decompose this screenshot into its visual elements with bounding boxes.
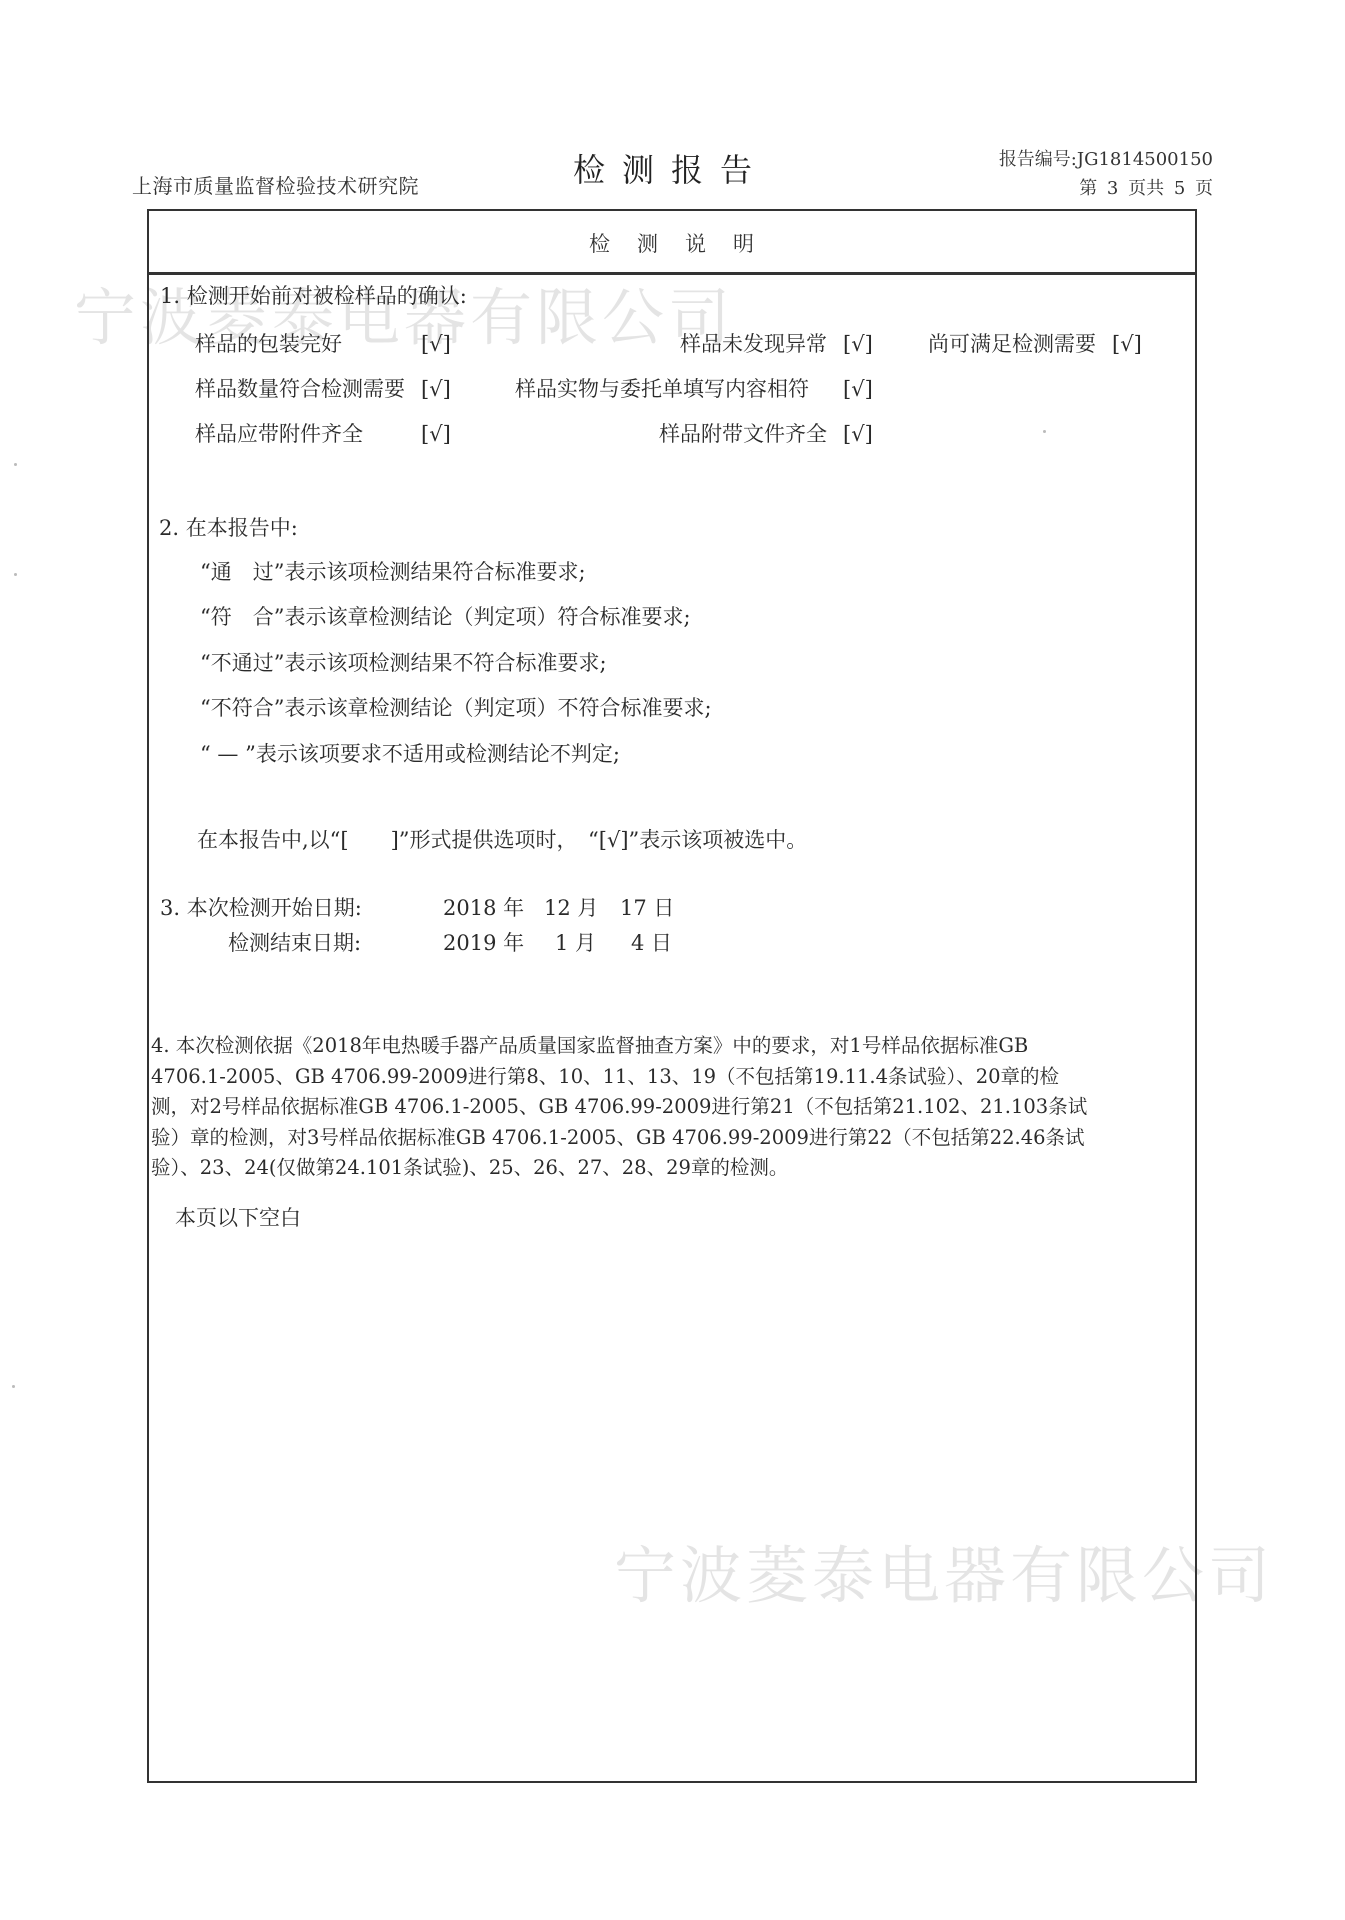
- definition-fail: “不通过”表示该项检测结果不符合标准要求;: [200, 653, 607, 674]
- report-body: 1. 检测开始前对被检样品的确认: 样品的包装完好 [√] 样品未发现异常 [√…: [0, 0, 1345, 1920]
- check-mark: [√]: [843, 379, 873, 400]
- end-month: 1 月: [555, 933, 596, 954]
- check-mark: [√]: [421, 424, 451, 445]
- check-mark: [√]: [843, 334, 873, 355]
- check-mark: [√]: [421, 379, 451, 400]
- check-mark: [√]: [421, 334, 451, 355]
- check-item-label: 样品实物与委托单填写内容相符: [515, 379, 809, 400]
- check-mark: [√]: [1112, 334, 1142, 355]
- section4-line: 4. 本次检测依据《2018年电热暖手器产品质量国家监督抽查方案》中的要求，对1…: [151, 1031, 1087, 1062]
- check-item-label: 尚可满足检测需要: [928, 334, 1096, 355]
- check-item-label: 样品附带文件齐全: [659, 424, 827, 445]
- definition-pass: “通 过”表示该项检测结果符合标准要求;: [200, 562, 586, 583]
- section4-line: 测，对2号样品依据标准GB 4706.1-2005、GB 4706.99-200…: [151, 1092, 1087, 1123]
- start-month: 12 月: [544, 898, 598, 919]
- start-year: 2018 年: [443, 898, 524, 919]
- section4-line: 4706.1-2005、GB 4706.99-2009进行第8、10、11、13…: [151, 1062, 1087, 1093]
- section1-heading: 1. 检测开始前对被检样品的确认:: [160, 286, 467, 307]
- definition-conform: “符 合”表示该章检测结论（判定项）符合标准要求;: [200, 607, 691, 628]
- end-year: 2019 年: [443, 933, 524, 954]
- check-item-label: 样品应带附件齐全: [195, 424, 363, 445]
- blank-below-note: 本页以下空白: [175, 1208, 301, 1229]
- definition-not-applicable: “ — ”表示该项要求不适用或检测结论不判定;: [200, 744, 620, 765]
- check-mark: [√]: [843, 424, 873, 445]
- check-item-label: 样品的包装完好: [195, 334, 342, 355]
- section4-line: 验）章的检测，对3号样品依据标准GB 4706.1-2005、GB 4706.9…: [151, 1123, 1087, 1154]
- start-day: 17 日: [620, 898, 674, 919]
- start-date-label: 3. 本次检测开始日期:: [160, 898, 362, 919]
- end-day: 4 日: [631, 933, 672, 954]
- section4-paragraph: 4. 本次检测依据《2018年电热暖手器产品质量国家监督抽查方案》中的要求，对1…: [151, 1031, 1087, 1184]
- definition-nonconform: “不符合”表示该章检测结论（判定项）不符合标准要求;: [200, 698, 712, 719]
- check-item-label: 样品数量符合检测需要: [195, 379, 405, 400]
- check-item-label: 样品未发现异常: [680, 334, 827, 355]
- end-date-label: 检测结束日期:: [228, 933, 361, 954]
- section2-heading: 2. 在本报告中:: [159, 518, 298, 539]
- option-note: 在本报告中,以“[ ]”形式提供选项时， “[√]”表示该项被选中。: [197, 830, 807, 851]
- section4-line: 验）、23、24(仅做第24.101条试验)、25、26、27、28、29章的检…: [151, 1153, 1087, 1184]
